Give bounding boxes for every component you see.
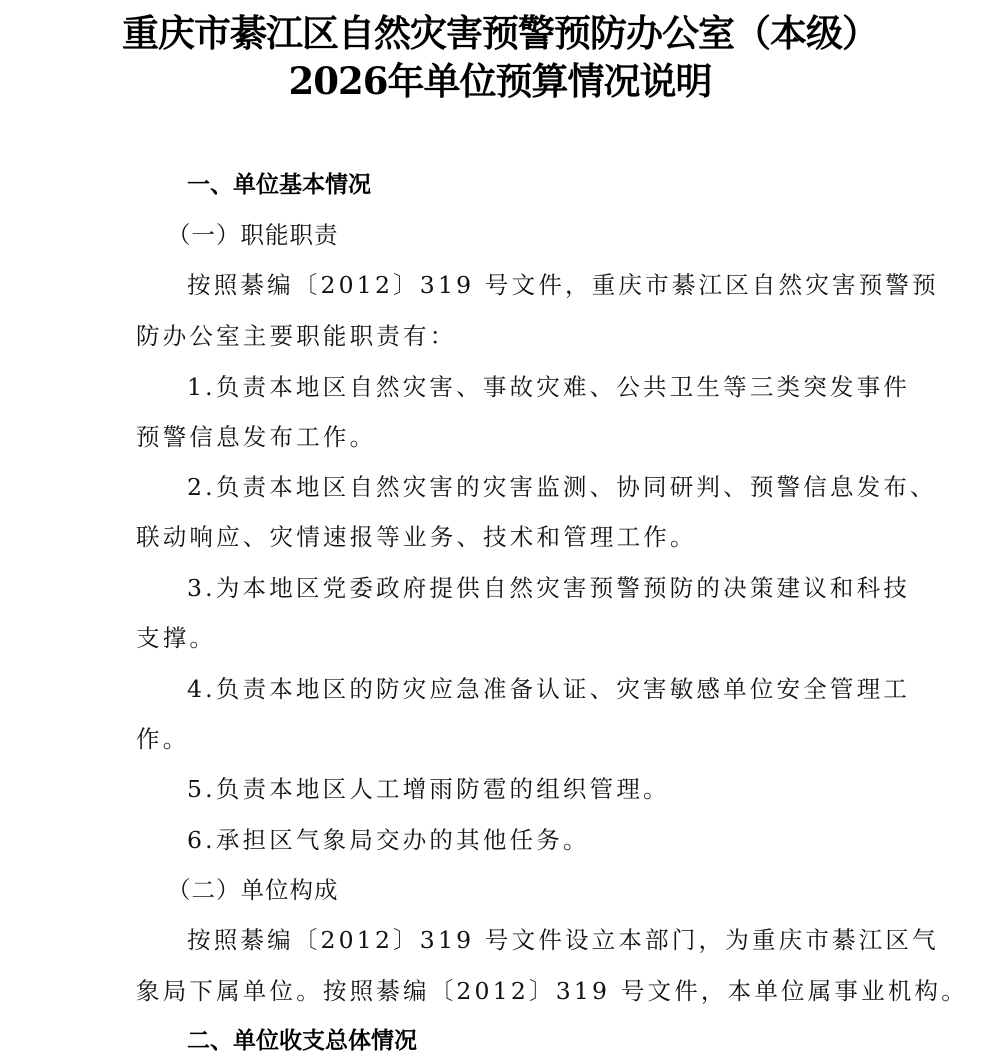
duty-item-3-line-1: 3.为本地区党委政府提供自然灾害预警预防的决策建议和科技 bbox=[187, 573, 910, 603]
paragraph-intro-line-2: 防办公室主要职能职责有： bbox=[136, 321, 456, 351]
document-title-line-2: 2026年单位预算情况说明 bbox=[0, 58, 1000, 104]
duty-item-1-line-1: 1.负责本地区自然灾害、事故灾难、公共卫生等三类突发事件 bbox=[187, 372, 910, 402]
document-page: 重庆市綦江区自然灾害预警预防办公室（本级） 2026年单位预算情况说明 一、单位… bbox=[0, 0, 1000, 1063]
duty-item-2-line-1: 2.负责本地区自然灾害的灾害监测、协同研判、预警信息发布、 bbox=[187, 472, 937, 502]
duty-item-6: 6.承担区气象局交办的其他任务。 bbox=[187, 825, 590, 855]
duty-item-5: 5.负责本地区人工增雨防雹的组织管理。 bbox=[187, 774, 670, 804]
document-title-line-1: 重庆市綦江区自然灾害预警预防办公室（本级） bbox=[0, 10, 1000, 56]
section-heading-budget-overview: 二、单位收支总体情况 bbox=[187, 1026, 417, 1056]
section-heading-basic-info: 一、单位基本情况 bbox=[187, 170, 371, 200]
duty-item-4-line-2: 作。 bbox=[136, 724, 189, 754]
duty-item-2-line-2: 联动响应、灾情速报等业务、技术和管理工作。 bbox=[136, 522, 697, 552]
paragraph-composition-line-1: 按照綦编〔2012〕319 号文件设立本部门，为重庆市綦江区气 bbox=[187, 925, 939, 955]
paragraph-composition-line-2: 象局下属单位。按照綦编〔2012〕319 号文件，本单位属事业机构。 bbox=[136, 976, 968, 1006]
duty-item-4-line-1: 4.负责本地区的防灾应急准备认证、灾害敏感单位安全管理工 bbox=[187, 674, 910, 704]
paragraph-intro-line-1: 按照綦编〔2012〕319 号文件，重庆市綦江区自然灾害预警预 bbox=[187, 270, 939, 300]
duty-item-1-line-2: 预警信息发布工作。 bbox=[136, 422, 376, 452]
subsection-heading-composition: （二）单位构成 bbox=[167, 875, 339, 905]
subsection-heading-functions: （一）职能职责 bbox=[167, 220, 339, 250]
duty-item-3-line-2: 支撑。 bbox=[136, 623, 216, 653]
